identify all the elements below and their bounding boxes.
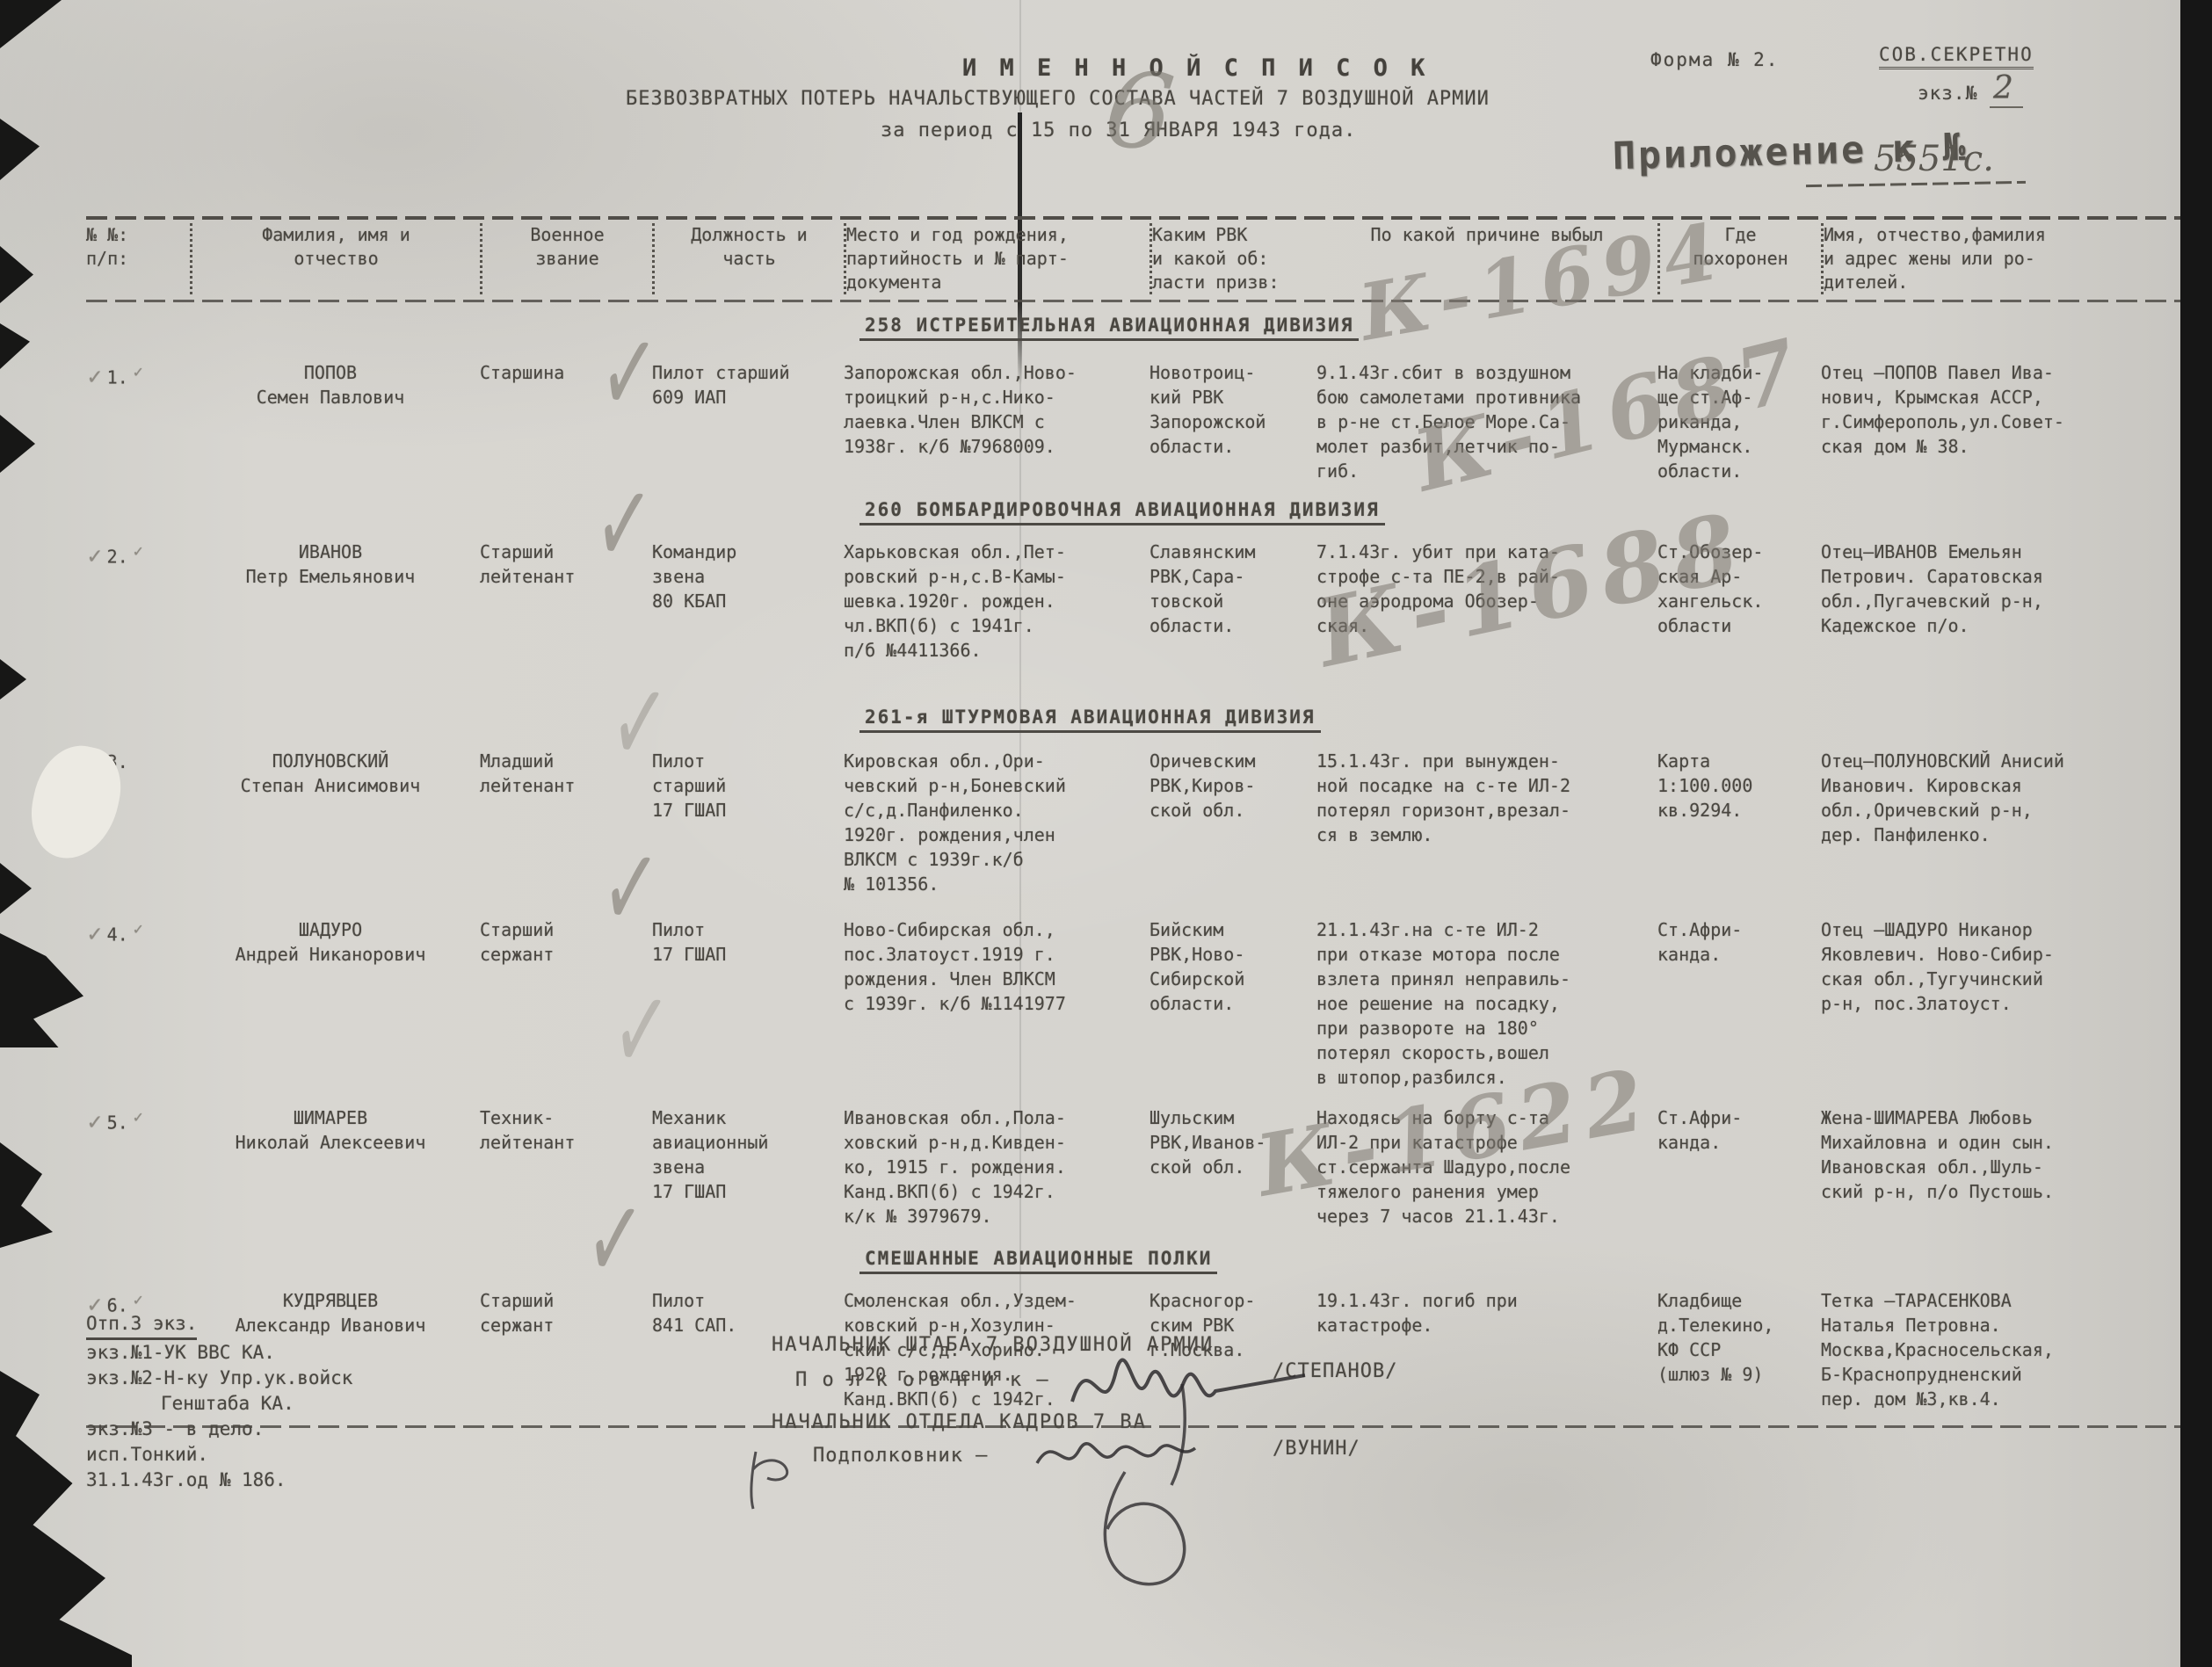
cell-rvk: Оричевским РВК,Киров- ской обл.: [1150, 749, 1316, 909]
cell-cause: 15.1.43г. при вынужден- ной посадке на с…: [1316, 749, 1657, 909]
pencil-checkmark-icon: ✓: [88, 364, 102, 390]
cell-rvk: Новотроиц- кий РВК Запорожской области.: [1150, 360, 1316, 492]
cell-position: Механик авиационный звена 17 ГШАП: [652, 1105, 844, 1239]
copy-line: экз.№1-УК ВВС КА.: [86, 1340, 352, 1366]
copy-line: 31.1.43г.од № 186.: [86, 1468, 352, 1493]
cell-position: Командир звена 80 КБАП: [652, 540, 844, 687]
form-number-label: Форма № 2.: [1650, 49, 1779, 70]
table-row: ✓1.✓ ПОПОВ Семен Павлович Старшина Пилот…: [86, 360, 2181, 492]
copy-label: экз.№: [1918, 83, 1977, 104]
pencil-checkmark-icon: ✓: [583, 1169, 648, 1313]
cell-name: ИВАНОВ Петр Емельянович: [190, 540, 480, 687]
cell-position: Пилот старший 609 ИАП: [652, 360, 844, 492]
cell-family: Жена-ШИМАРЕВА Любовь Михайловна и один с…: [1821, 1105, 2181, 1239]
col-header-position: Должность и часть: [652, 223, 844, 294]
pencil-checkmark-icon: ✓: [134, 920, 143, 939]
pencil-checkmark-icon: ✓: [609, 960, 674, 1104]
pencil-checkmark-icon: ✓: [134, 1108, 143, 1127]
row-number: ✓2.✓: [86, 540, 190, 687]
document-title: И М Е Н Н О Й С П И С О К: [962, 54, 1429, 82]
cell-family: Тетка –ТАРАСЕНКОВА Наталья Петровна. Мос…: [1821, 1288, 2181, 1420]
personnel-chief-name: /ВУНИН/: [1273, 1438, 1360, 1460]
pencil-checkmark-icon: ✓: [88, 543, 102, 569]
cell-burial: Ст.Афри- канда.: [1657, 1105, 1821, 1239]
cell-name: ШАДУРО Андрей Никанорович: [190, 917, 480, 1104]
losses-table: № №: п/п: Фамилия, имя и отчество Военно…: [86, 216, 2181, 1428]
pencil-checkmark-icon: ✓: [591, 453, 656, 598]
header-bottom-rule: [86, 300, 2181, 302]
copy-line: Генштаба КА.: [86, 1391, 352, 1417]
table-header-row: № №: п/п: Фамилия, имя и отчество Военно…: [86, 220, 2181, 300]
table-row: ✓4.✓ ШАДУРО Андрей Никанорович Старший с…: [86, 917, 2181, 1104]
col-header-name: Фамилия, имя и отчество: [190, 223, 480, 294]
signature-vunin: [1019, 1424, 1283, 1617]
section-title-258-iad: 258 ИСТРЕБИТЕЛЬНАЯ АВИАЦИОННАЯ ДИВИЗИЯ: [859, 313, 1359, 341]
cell-cause: 19.1.43г. погиб при катастрофе.: [1316, 1288, 1657, 1420]
cell-family: Отец –ШАДУРО Никанор Яковлевич. Ново-Сиб…: [1821, 917, 2181, 1104]
cell-birth: Кировская обл.,Ори- чевский р-н,Боневски…: [844, 749, 1150, 909]
row-number: ✓4.✓: [86, 917, 190, 1104]
cell-burial: Карта 1:100.000 кв.9294.: [1657, 749, 1821, 909]
scan-edge-right: [2180, 0, 2212, 1667]
cell-burial: Ст.Афри- канда.: [1657, 917, 1821, 1104]
pencil-checkmark-icon: ✓: [88, 921, 102, 947]
cell-family: Отец –ПОПОВ Павел Ива- нович, Крымская А…: [1821, 360, 2181, 492]
copy-line: исп.Тонкий.: [86, 1442, 352, 1468]
attachment-number-handwritten: 5551с.: [1874, 139, 1994, 179]
cell-family: Отец–ИВАНОВ Емельян Петрович. Саратовска…: [1821, 540, 2181, 687]
col-header-birth: Место и год рождения, партийность и № па…: [844, 223, 1150, 294]
section-title-261-shad: 261-я ШТУРМОВАЯ АВИАЦИОННАЯ ДИВИЗИЯ: [859, 705, 1321, 733]
handwritten-initial-mark: [743, 1434, 804, 1513]
cell-name: ПОЛУНОВСКИЙ Степан Анисимович: [190, 749, 480, 909]
cell-birth: Ново-Сибирская обл., пос.Златоуст.1919 г…: [844, 917, 1150, 1104]
col-header-family: Имя, отчество,фамилия и адрес жены или р…: [1821, 223, 2181, 294]
copies-title: Отп.3 экз.: [86, 1311, 197, 1340]
col-header-num: № №: п/п:: [86, 223, 190, 294]
copy-number-handwritten: 2: [1990, 70, 2023, 108]
copy-number-label: экз.№ 2: [1918, 83, 1977, 104]
table-row: ✓2.✓ ИВАНОВ Петр Емельянович Старший лей…: [86, 540, 2181, 687]
row-number: ✓5.✓: [86, 1105, 190, 1239]
col-header-rank: Военное звание: [480, 223, 652, 294]
row-number: ✓1.✓: [86, 360, 190, 492]
cell-birth: Ивановская обл.,Пола- ховский р-н,д.Кивд…: [844, 1105, 1150, 1239]
cell-burial: Кладбище д.Телекино, КФ ССР (шлюз № 9): [1657, 1288, 1821, 1420]
chief-of-staff-rank: П о л к о в н и к –: [795, 1369, 1050, 1391]
secrecy-stamp: СОВ.СЕКРЕТНО: [1879, 44, 2034, 69]
pencil-checkmark-icon: ✓: [598, 817, 664, 961]
cell-birth: Запорожская обл.,Ново- троицкий р-н,с.Ни…: [844, 360, 1150, 492]
cell-name: ШИМАРЕВ Николай Алексеевич: [190, 1105, 480, 1239]
pencil-checkmark-icon: ✓: [597, 302, 662, 446]
document-subtitle: БЕЗВОЗВРАТНЫХ ПОТЕРЬ НАЧАЛЬСТВУЮЩЕГО СОС…: [626, 88, 1490, 110]
cell-rvk: Славянским РВК,Сара- товской области.: [1150, 540, 1316, 687]
table-row: ✓5.✓ ШИМАРЕВ Николай Алексеевич Техник- …: [86, 1105, 2181, 1239]
col-header-rvk: Каким РВК и какой об: ласти призв:: [1150, 223, 1316, 294]
cell-position: Пилот 17 ГШАП: [652, 917, 844, 1104]
personnel-chief-rank: Подполковник –: [813, 1445, 988, 1467]
cell-birth: Харьковская обл.,Пет- ровский р-н,с.В-Ка…: [844, 540, 1150, 687]
pencil-checkmark-icon: ✓: [88, 1109, 102, 1135]
copy-line: экз.№2-Н-ку Упр.ук.войск: [86, 1366, 352, 1391]
pencil-checkmark-icon: ✓: [607, 652, 672, 796]
cell-rvk: Бийским РВК,Ново- Сибирской области.: [1150, 917, 1316, 1104]
cell-family: Отец–ПОЛУНОВСКИЙ Анисий Иванович. Кировс…: [1821, 749, 2181, 909]
cell-position: Пилот старший 17 ГШАП: [652, 749, 844, 909]
cell-name: ПОПОВ Семен Павлович: [190, 360, 480, 492]
copy-line: экз.№3 - в дело.: [86, 1417, 352, 1442]
pencil-checkmark-icon: ✓: [134, 363, 143, 381]
pencil-checkmark-icon: ✓: [134, 1291, 143, 1309]
scanned-document-page: { "header": { "form": "Форма № 2.", "sec…: [0, 0, 2212, 1667]
section-title-mixed-regiments: СМЕШАННЫЕ АВИАЦИОННЫЕ ПОЛКИ: [859, 1246, 1217, 1274]
pencil-checkmark-icon: ✓: [134, 542, 143, 561]
distribution-note: Отп.3 экз. экз.№1-УК ВВС КА. экз.№2-Н-ку…: [86, 1311, 352, 1493]
section-title-260-bad: 260 БОМБАРДИРОВОЧНАЯ АВИАЦИОННАЯ ДИВИЗИЯ: [859, 497, 1385, 525]
table-row: ✓3. ПОЛУНОВСКИЙ Степан Анисимович Младши…: [86, 749, 2181, 909]
